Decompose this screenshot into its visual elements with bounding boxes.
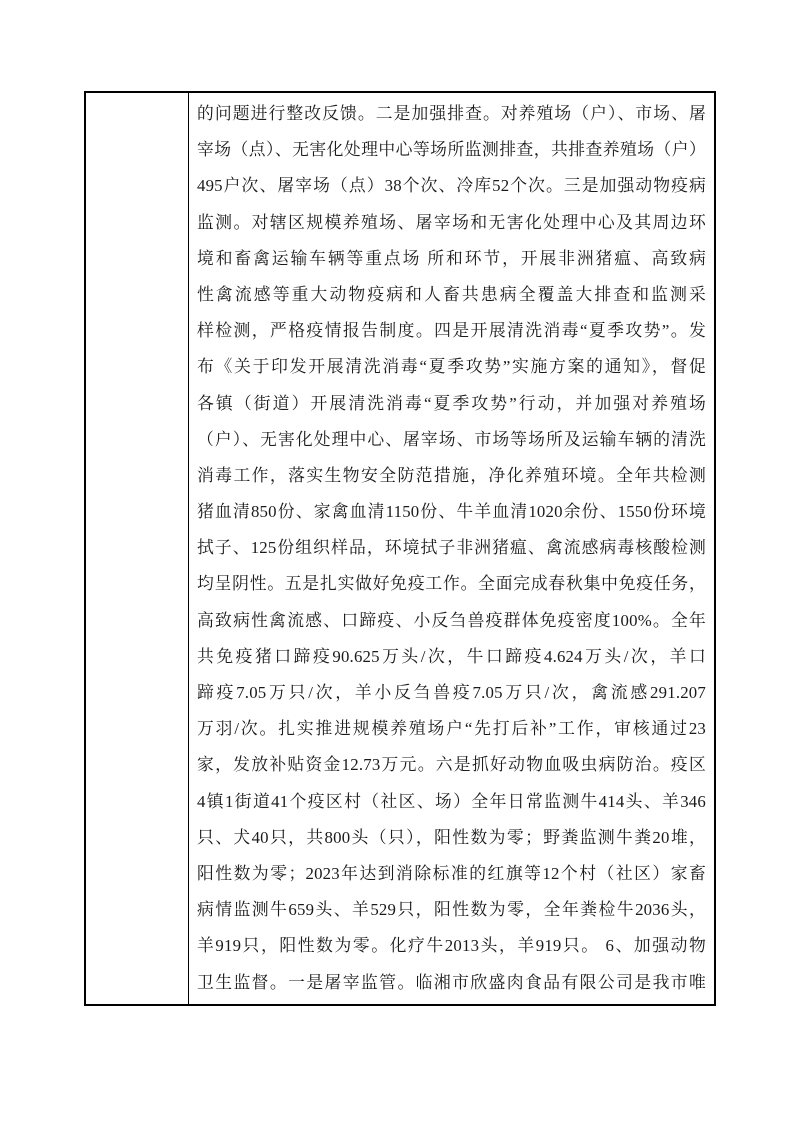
paragraph-line: 各镇（街道）开展清洗消毒“夏季攻势”行动，并加强对养殖场 [197,386,706,422]
paragraph-line: 的问题进行整改反馈。二是加强排查。对养殖场（户）、市场、屠 [197,96,706,132]
paragraph-line: 495户次、屠宰场（点）38个次、冷库52个次。三是加强动物疫病 [197,168,706,204]
paragraph-line: 境和畜禽运输车辆等重点场 所和环节，开展非洲猪瘟、高致病 [197,241,706,277]
document-page: 的问题进行整改反馈。二是加强排查。对养殖场（户）、市场、屠 宰场（点）、无害化处… [0,0,794,1122]
paragraph-line: 只、犬40只，共800头（只），阳性数为零；野粪监测牛粪20堆， [197,820,706,856]
paragraph-line: 高致病性禽流感、口蹄疫、小反刍兽疫群体免疫密度100%。全年 [197,603,706,639]
paragraph-line: （户）、无害化处理中心、屠宰场、市场等场所及运输车辆的清洗 [197,422,706,458]
paragraph-line: 均呈阴性。五是扎实做好免疫工作。全面完成春秋集中免疫任务， [197,566,706,602]
paragraph-line: 猪血清850份、家禽血清1150份、牛羊血清1020余份、1550份环境 [197,494,706,530]
table-content-cell: 的问题进行整改反馈。二是加强排查。对养殖场（户）、市场、屠 宰场（点）、无害化处… [189,93,714,1004]
paragraph-line: 监测。对辖区规模养殖场、屠宰场和无害化处理中心及其周边环 [197,205,706,241]
paragraph-line: 样检测，严格疫情报告制度。四是开展清洗消毒“夏季攻势”。发 [197,313,706,349]
paragraph-line: 宰场（点）、无害化处理中心等场所监测排查，共排查养殖场（户） [197,132,706,168]
table-label-cell [86,93,189,1004]
report-table: 的问题进行整改反馈。二是加强排查。对养殖场（户）、市场、屠 宰场（点）、无害化处… [84,91,716,1006]
paragraph-line: 蹄疫7.05万只/次，羊小反刍兽疫7.05万只/次，禽流感291.207 [197,675,706,711]
paragraph-line: 家，发放补贴资金12.73万元。六是抓好动物血吸虫病防治。疫区 [197,747,706,783]
paragraph-line: 布《关于印发开展清洗消毒“夏季攻势”实施方案的通知》，督促 [197,349,706,385]
paragraph-line: 阳性数为零；2023年达到消除标准的红旗等12个村（社区）家畜 [197,856,706,892]
paragraph-line: 羊919只，阳性数为零。化疗牛2013头，羊919只。 6、加强动物 [197,928,706,964]
paragraph-line: 万羽/次。扎实推进规模养殖场户“先打后补”工作，审核通过23 [197,711,706,747]
paragraph-line: 消毒工作，落实生物安全防范措施，净化养殖环境。全年共检测 [197,458,706,494]
paragraph-line: 病情监测牛659头、羊529只，阳性数为零，全年粪检牛2036头， [197,892,706,928]
paragraph-line: 性禽流感等重大动物疫病和人畜共患病全覆盖大排查和监测采 [197,277,706,313]
paragraph-line: 拭子、125份组织样品，环境拭子非洲猪瘟、禽流感病毒核酸检测 [197,530,706,566]
paragraph-line: 共免疫猪口蹄疫90.625万头/次，牛口蹄疫4.624万头/次，羊口 [197,639,706,675]
paragraph-line: 卫生监督。一是屠宰监管。临湘市欣盛肉食品有限公司是我市唯 [197,965,706,1001]
paragraph-line: 4镇1街道41个疫区村（社区、场）全年日常监测牛414头、羊346 [197,784,706,820]
